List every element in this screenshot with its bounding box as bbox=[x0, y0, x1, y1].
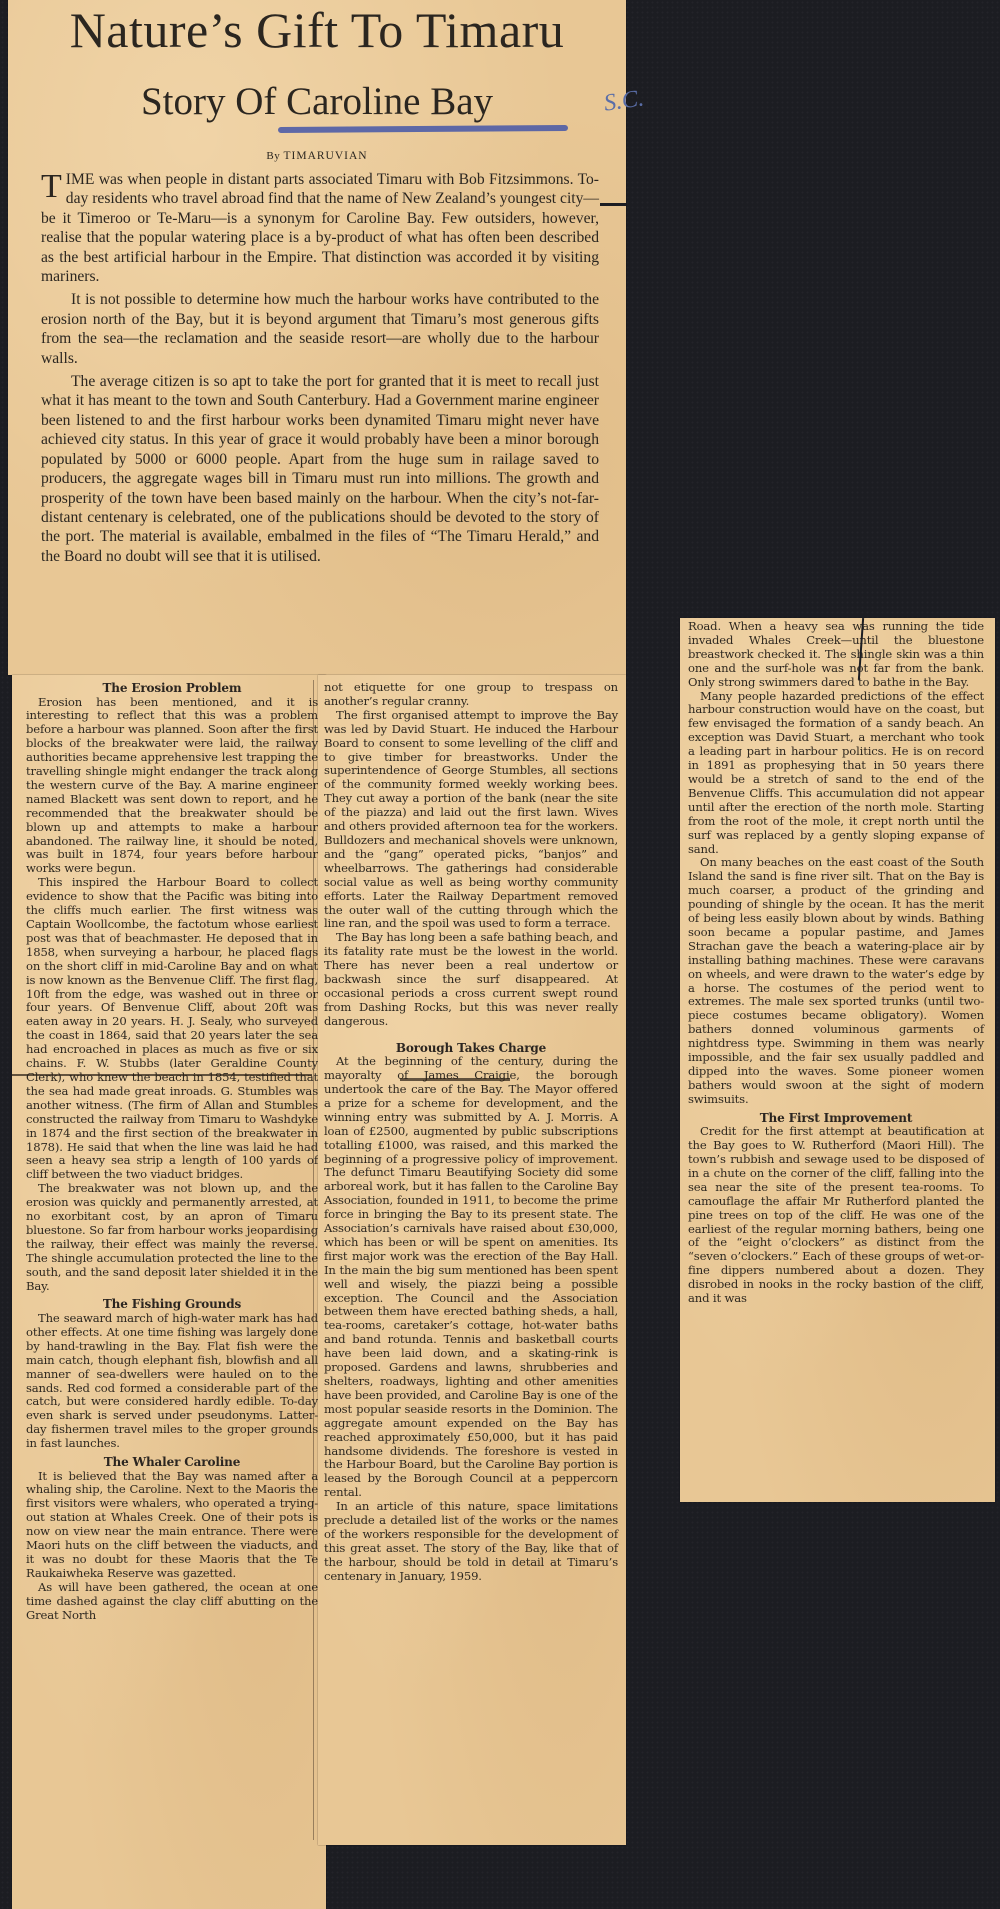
column-rule bbox=[313, 680, 314, 1840]
handwritten-mark: S.C. bbox=[602, 85, 645, 117]
paragraph: Road. When a heavy sea was running the t… bbox=[688, 620, 984, 690]
paragraph: not etiquette for one group to trespass … bbox=[324, 681, 618, 709]
paragraph: Credit for the first attempt at beautifi… bbox=[688, 1125, 984, 1306]
lead-paragraph: The average citizen is so apt to take th… bbox=[41, 372, 599, 566]
paragraph: On many beaches on the east coast of the… bbox=[688, 856, 984, 1106]
tear-line bbox=[12, 1074, 312, 1076]
column-3-text: Road. When a heavy sea was running the t… bbox=[688, 620, 984, 1306]
byline: By TIMARUVIAN bbox=[8, 150, 626, 162]
paragraph: Erosion has been mentioned, and it is in… bbox=[26, 696, 318, 877]
section-heading: The First Improvement bbox=[688, 1111, 984, 1126]
subheadline: Story Of Caroline Bay bbox=[8, 80, 626, 124]
drop-cap: T bbox=[41, 172, 62, 202]
clipping-column-1: The Erosion Problem Erosion has been men… bbox=[12, 675, 326, 1909]
clipping-column-2: not etiquette for one group to trespass … bbox=[318, 675, 626, 1845]
section-heading: The Whaler Caroline bbox=[26, 1455, 318, 1470]
paragraph: At the beginning of the century, during … bbox=[324, 1055, 618, 1500]
clipping-header: Nature’s Gift To Timaru Story Of Carolin… bbox=[8, 0, 626, 675]
paragraph: The first organised attempt to improve t… bbox=[324, 709, 618, 932]
paragraph: As will have been gathered, the ocean at… bbox=[26, 1581, 318, 1623]
byline-prefix: By bbox=[266, 150, 280, 162]
pen-underline-mark bbox=[278, 125, 568, 133]
lead-paragraph: It is not possible to determine how much… bbox=[41, 290, 599, 368]
pen-strike-mark bbox=[400, 1078, 510, 1081]
paragraph: It is believed that the Bay was named af… bbox=[26, 1470, 318, 1581]
paragraph: In an article of this nature, space limi… bbox=[324, 1500, 618, 1583]
paragraph: This inspired the Harbour Board to colle… bbox=[26, 876, 318, 1182]
headline: Nature’s Gift To Timaru bbox=[8, 2, 626, 58]
column-1-text: The Erosion Problem Erosion has been men… bbox=[26, 681, 318, 1623]
paragraph: The Bay has long been a safe bathing bea… bbox=[324, 931, 618, 1028]
paragraph: Many people hazarded predictions of the … bbox=[688, 690, 984, 857]
section-heading: The Fishing Grounds bbox=[26, 1297, 318, 1312]
lead-paragraph: TIME was when people in distant parts as… bbox=[41, 170, 599, 286]
column-2-text: not etiquette for one group to trespass … bbox=[324, 681, 618, 1584]
tear-notch bbox=[600, 203, 626, 206]
byline-author: TIMARUVIAN bbox=[283, 150, 367, 162]
paragraph: The breakwater was not blown up, and the… bbox=[26, 1182, 318, 1293]
clipping-column-3: Road. When a heavy sea was running the t… bbox=[680, 618, 995, 1502]
lead-text: TIME was when people in distant parts as… bbox=[41, 170, 599, 570]
section-heading: The Erosion Problem bbox=[26, 681, 318, 696]
paragraph: The seaward march of high-water mark has… bbox=[26, 1312, 318, 1451]
section-heading: Borough Takes Charge bbox=[324, 1041, 618, 1056]
